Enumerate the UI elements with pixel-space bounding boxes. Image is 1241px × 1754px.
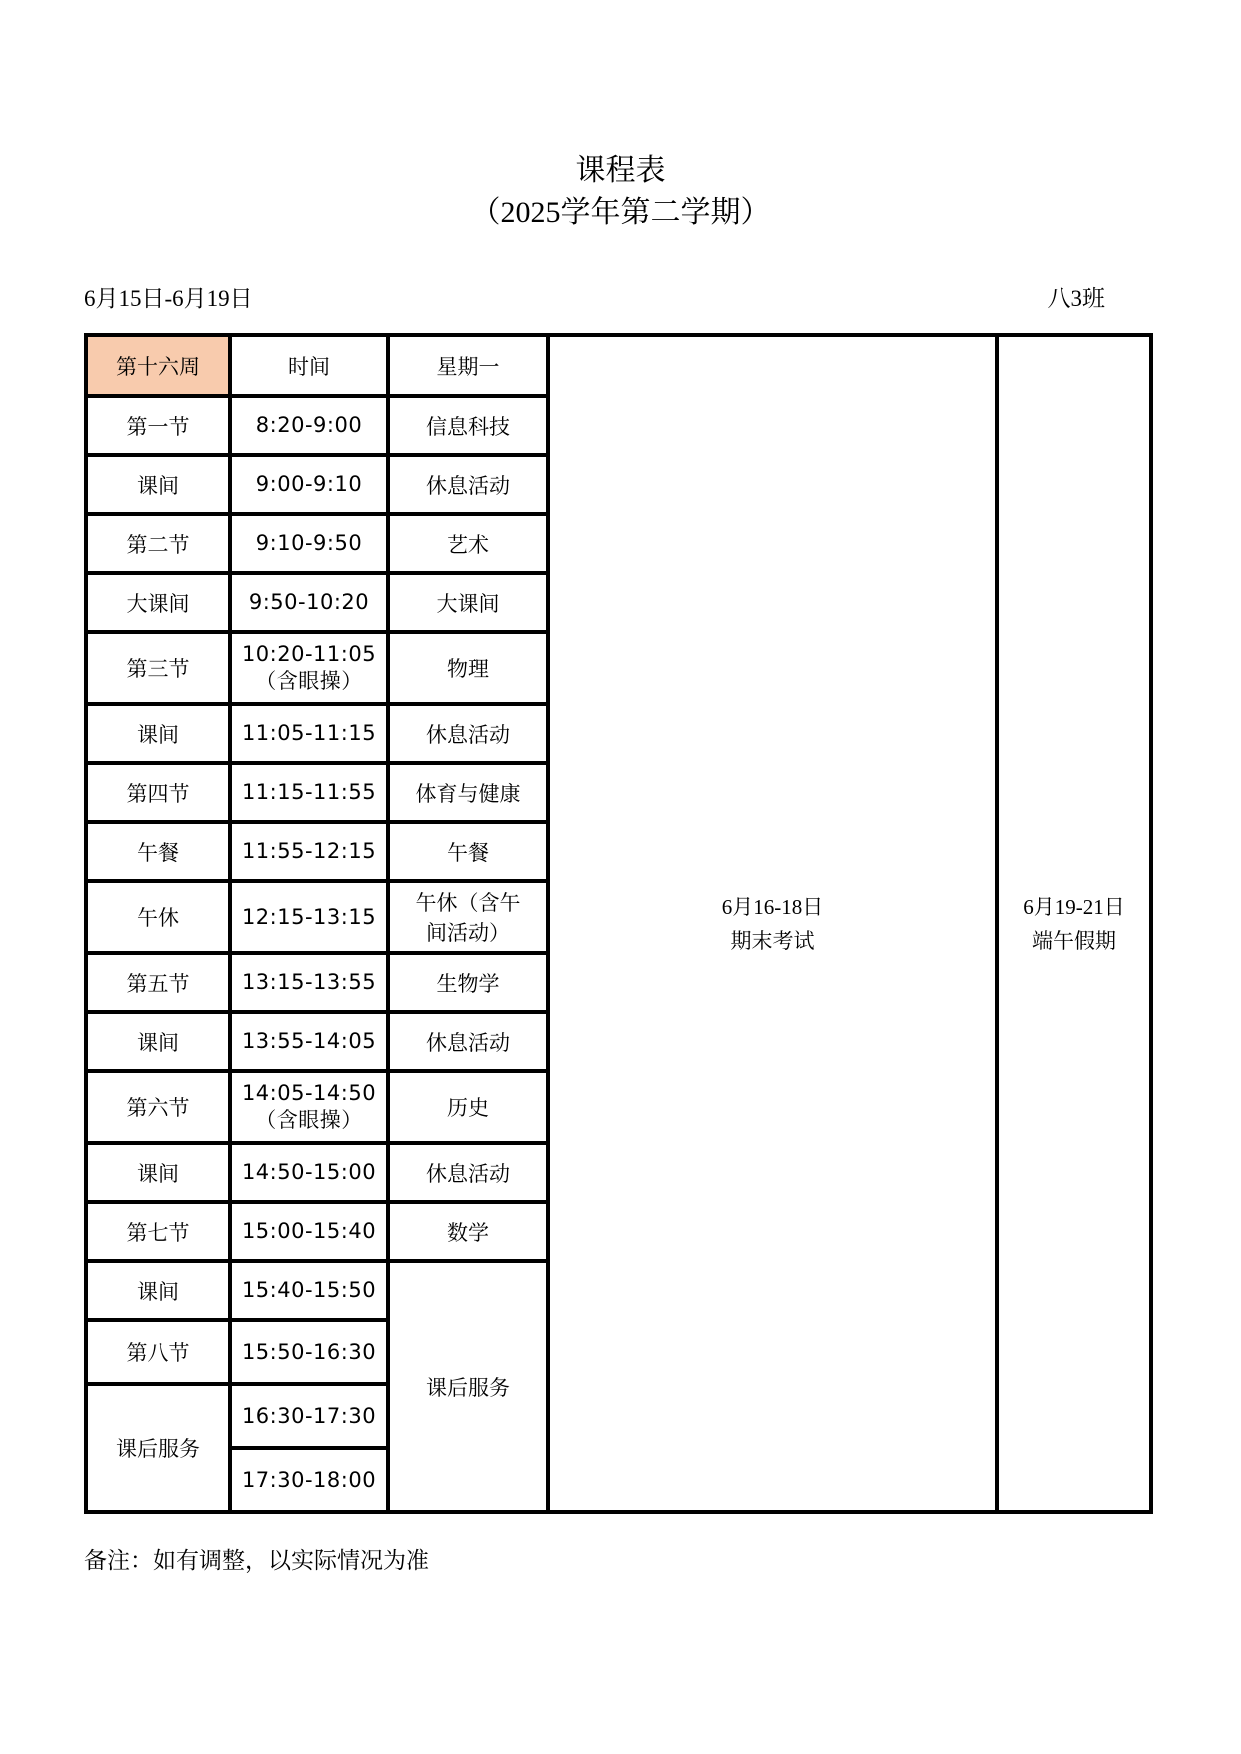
subject-cell: 午休（含午 间活动） [388,881,548,953]
subject-cell: 物理 [388,632,548,704]
period-label-cell: 第一节 [86,396,230,455]
subject-cell: 课后服务 [388,1261,548,1512]
time-cell: 13:55-14:05 [230,1012,388,1071]
time-cell: 11:55-12:15 [230,822,388,881]
period-label-cell: 第六节 [86,1071,230,1143]
subject-cell: 体育与健康 [388,763,548,822]
period-label-cell: 午餐 [86,822,230,881]
time-cell: 9:10-9:50 [230,514,388,573]
period-label-cell: 大课间 [86,573,230,632]
date-range: 6月15日-6月19日 [84,280,253,313]
period-label-cell: 第二节 [86,514,230,573]
exam-merged-cell: 6月16-18日 期末考试 [548,335,997,1512]
time-header-cell: 时间 [230,335,388,396]
time-cell: 9:00-9:10 [230,455,388,514]
time-cell: 10:20-11:05 （含眼操） [230,632,388,704]
subject-cell: 休息活动 [388,455,548,514]
period-label-cell: 第四节 [86,763,230,822]
time-cell: 12:15-13:15 [230,881,388,953]
time-cell: 15:40-15:50 [230,1261,388,1320]
period-label-cell: 第五节 [86,953,230,1012]
subject-cell: 艺术 [388,514,548,573]
subject-cell: 生物学 [388,953,548,1012]
holiday-merged-cell: 6月19-21日 端午假期 [997,335,1151,1512]
period-label-cell: 课间 [86,704,230,763]
period-label-cell: 第七节 [86,1202,230,1261]
time-cell: 13:15-13:55 [230,953,388,1012]
week-header-cell: 第十六周 [86,335,230,396]
document-title: 课程表 （2025学年第二学期） [0,0,1241,234]
period-label-cell: 课间 [86,455,230,514]
period-label-cell: 第三节 [86,632,230,704]
footer-note: 备注：如有调整，以实际情况为准 [84,1542,1241,1575]
title-line2: （2025学年第二学期） [0,192,1241,234]
subject-cell: 数学 [388,1202,548,1261]
title-line1: 课程表 [0,150,1241,192]
meta-row: 6月15日-6月19日 八3班 [84,280,1105,313]
subject-cell: 午餐 [388,822,548,881]
time-cell: 17:30-18:00 [230,1448,388,1512]
period-label-cell: 课间 [86,1012,230,1071]
subject-cell: 休息活动 [388,1012,548,1071]
period-label-cell: 第八节 [86,1320,230,1384]
time-cell: 16:30-17:30 [230,1384,388,1448]
time-cell: 11:05-11:15 [230,704,388,763]
subject-cell: 信息科技 [388,396,548,455]
time-cell: 11:15-11:55 [230,763,388,822]
subject-cell: 休息活动 [388,1143,548,1202]
time-cell: 14:05-14:50 （含眼操） [230,1071,388,1143]
period-label-cell: 午休 [86,881,230,953]
time-cell: 9:50-10:20 [230,573,388,632]
time-cell: 14:50-15:00 [230,1143,388,1202]
time-cell: 15:50-16:30 [230,1320,388,1384]
header-row: 第十六周 时间 星期一 6月16-18日 期末考试 6月19-21日 端午假期 [86,335,1151,396]
subject-cell: 休息活动 [388,704,548,763]
class-name: 八3班 [1048,280,1106,313]
period-label-cell: 课间 [86,1143,230,1202]
period-label-cell: 课间 [86,1261,230,1320]
day-header-cell: 星期一 [388,335,548,396]
time-cell: 8:20-9:00 [230,396,388,455]
schedule-table: 第十六周 时间 星期一 6月16-18日 期末考试 6月19-21日 端午假期 … [84,333,1153,1514]
period-label-cell: 课后服务 [86,1384,230,1512]
subject-cell: 历史 [388,1071,548,1143]
subject-cell: 大课间 [388,573,548,632]
time-cell: 15:00-15:40 [230,1202,388,1261]
